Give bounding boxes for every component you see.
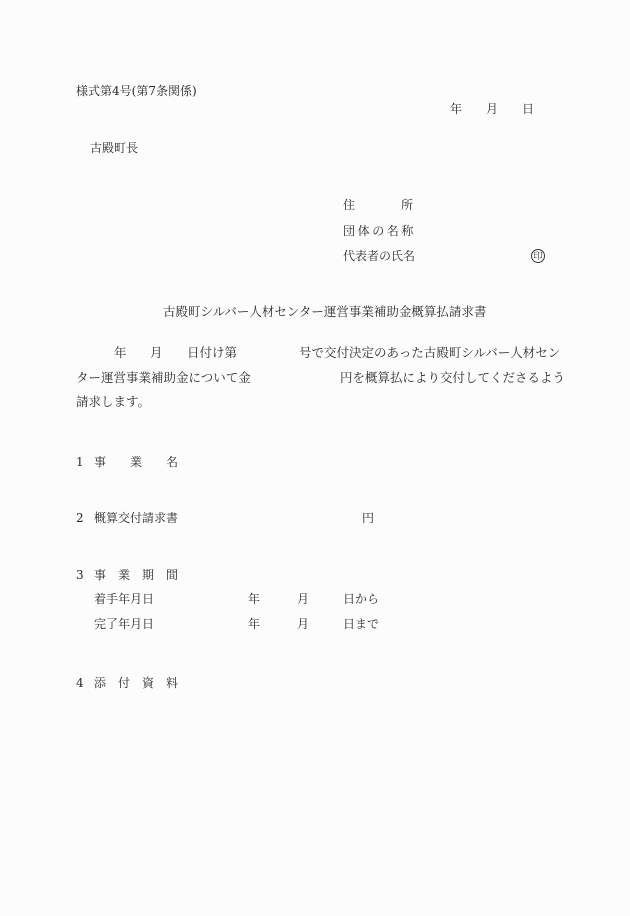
body-year: 年: [114, 347, 127, 360]
section-label: 概算交付請求書: [94, 512, 178, 524]
end-year: 年: [248, 618, 260, 630]
section-3-row: 3 事 業 期 間: [76, 569, 196, 583]
address-label-char-2: 所: [401, 199, 413, 211]
section-1-row: 1 事 業 名: [76, 456, 196, 470]
body-dated: 日付け第: [187, 347, 237, 360]
seal-mark: 印: [531, 249, 545, 263]
document-title: 古殿町シルバー人材センター運営事業補助金概算払請求書: [163, 306, 486, 319]
section-number: 2: [76, 512, 84, 524]
start-date-label: 着手年月日: [94, 593, 154, 605]
address-label-char-1: 住: [343, 199, 355, 211]
date-year: 年: [450, 103, 462, 115]
section-label-char: 業: [118, 569, 130, 581]
address-label: 住 所: [343, 199, 415, 213]
body-line-1-rest: 号で交付決定のあった古殿町シルバー人材セン: [299, 347, 560, 360]
section-label-char: 名: [166, 456, 178, 468]
addressee: 古殿町長: [90, 142, 138, 154]
date-month: 月: [486, 103, 498, 115]
representative-label: 代表者の氏名: [343, 250, 415, 262]
section-4-row: 4 添 付 資 料: [76, 677, 196, 691]
start-day: 日から: [343, 593, 379, 605]
section-2-row: 2 概算交付請求書 円: [76, 512, 386, 526]
section-number: 3: [76, 569, 84, 581]
section-label-char: 間: [166, 569, 178, 581]
section-label-char: 期: [142, 569, 154, 581]
body-line-2-rest: 円を概算払により交付してくださるよう: [340, 372, 565, 385]
form-number: 様式第4号(第7条関係): [76, 85, 197, 97]
submission-date: 年 月 日: [450, 103, 540, 117]
start-date-row: 着手年月日 年 月 日から: [76, 593, 396, 607]
end-date-row: 完了年月日 年 月 日まで: [76, 618, 396, 632]
section-label-char: 業: [130, 456, 142, 468]
end-month: 月: [297, 618, 309, 630]
section-label-char: 付: [118, 677, 130, 689]
start-year: 年: [248, 593, 260, 605]
end-day: 日まで: [343, 618, 379, 630]
section-number: 4: [76, 677, 84, 689]
body-line-1: 年 月 日付け第 号で交付決定のあった古殿町シルバー人材セン: [76, 347, 576, 361]
section-label-char: 事: [94, 456, 106, 468]
end-date-label: 完了年月日: [94, 618, 154, 630]
section-label-char: 事: [94, 569, 106, 581]
section-number: 1: [76, 456, 84, 468]
body-line-3: 請求します。: [76, 396, 150, 409]
amount-unit: 円: [362, 512, 374, 524]
section-label-char: 添: [94, 677, 106, 689]
org-name-label: 団体の名称: [343, 225, 416, 237]
start-month: 月: [297, 593, 309, 605]
body-line-2: ター運営事業補助金について金 円を概算払により交付してくださるよう: [76, 372, 576, 386]
date-day: 日: [522, 103, 534, 115]
section-label-char: 料: [166, 677, 178, 689]
section-label-char: 資: [142, 677, 154, 689]
body-month: 月: [150, 347, 163, 360]
body-line-2-start: ター運営事業補助金について金: [76, 372, 251, 385]
